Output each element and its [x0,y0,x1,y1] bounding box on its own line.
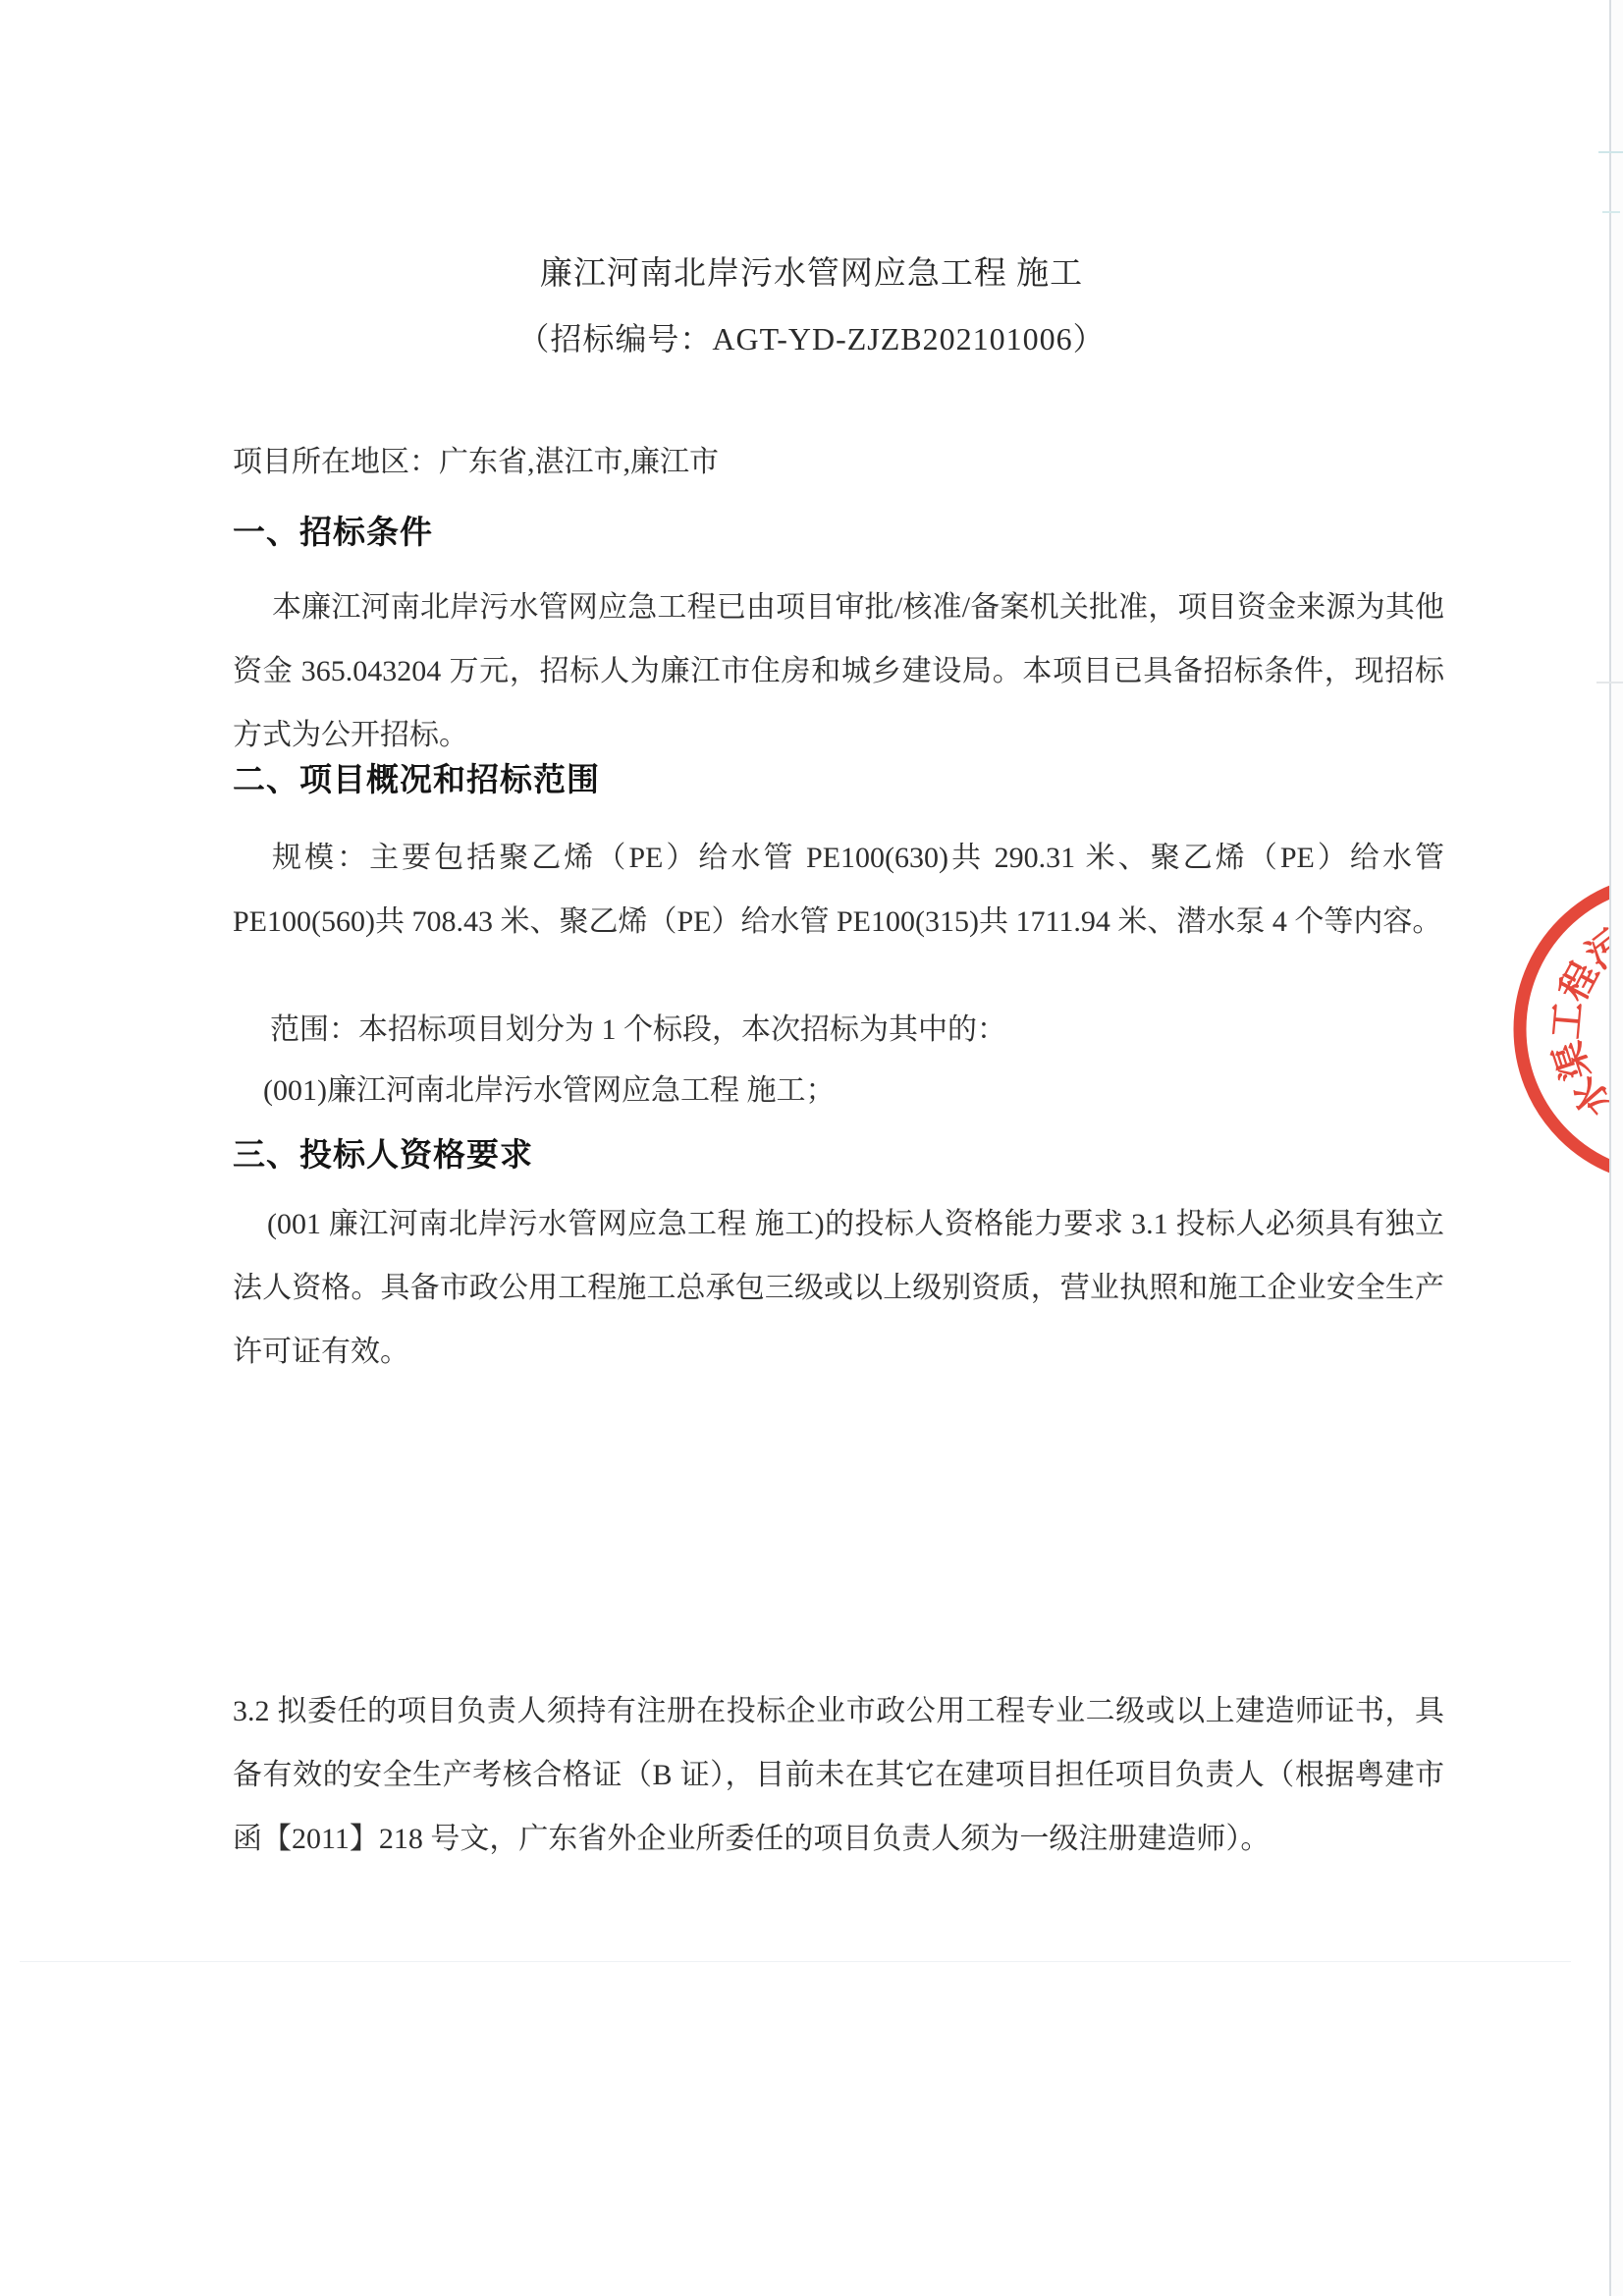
section-3-paragraph: (001 廉江河南北岸污水管网应急工程 施工)的投标人资格能力要求 3.1 投标… [233,1192,1444,1384]
section-2-paragraph-scale: 规模：主要包括聚乙烯（PE）给水管 PE100(630)共 290.31 米、聚… [233,826,1444,954]
document-page: 廉江河南北岸污水管网应急工程 施工 （招标编号：AGT-YD-ZJZB20210… [0,0,1623,2296]
scan-page-edge [1611,0,1623,2296]
stamp-character: 渠 [1547,1036,1598,1084]
section-3-heading: 三、投标人资格要求 [233,1129,1444,1175]
qualification-3-2-paragraph: 3.2 拟委任的项目负责人须持有注册在投标企业市政公用工程专业二级或以上建造师证… [233,1679,1444,1871]
stamp-character: 程 [1553,956,1607,1008]
scan-faint-line [20,1961,1571,1962]
stamp-character: 工 [1545,1000,1590,1041]
section-1-paragraph: 本廉江河南北岸污水管网应急工程已由项目审批/核准/备案机关批准，项目资金来源为其… [233,575,1444,767]
section-2-paragraph-scope: 范围：本招标项目划分为 1 个标段，本次招标为其中的： [233,1011,1444,1049]
section-2-paragraph-lot: (001)廉江河南北岸污水管网应急工程 施工； [233,1072,1444,1110]
scan-vertical-line [1609,0,1611,2296]
stamp-ring [1520,880,1623,1178]
project-location-line: 项目所在地区：广东省,湛江市,廉江市 [233,444,1444,481]
red-seal-stamp: 污 程 工 渠 水 [1510,862,1623,1186]
scan-tick-mark [1598,151,1623,153]
section-1-heading: 一、招标条件 [233,507,1444,553]
scan-tick-mark [1602,211,1620,213]
tender-number-subtitle: （招标编号：AGT-YD-ZJZB202101006） [0,314,1623,359]
document-title: 廉江河南北岸污水管网应急工程 施工 [0,247,1623,294]
section-2-heading: 二、项目概况和招标范围 [233,754,1444,800]
scan-horizontal-mark [1596,682,1623,683]
